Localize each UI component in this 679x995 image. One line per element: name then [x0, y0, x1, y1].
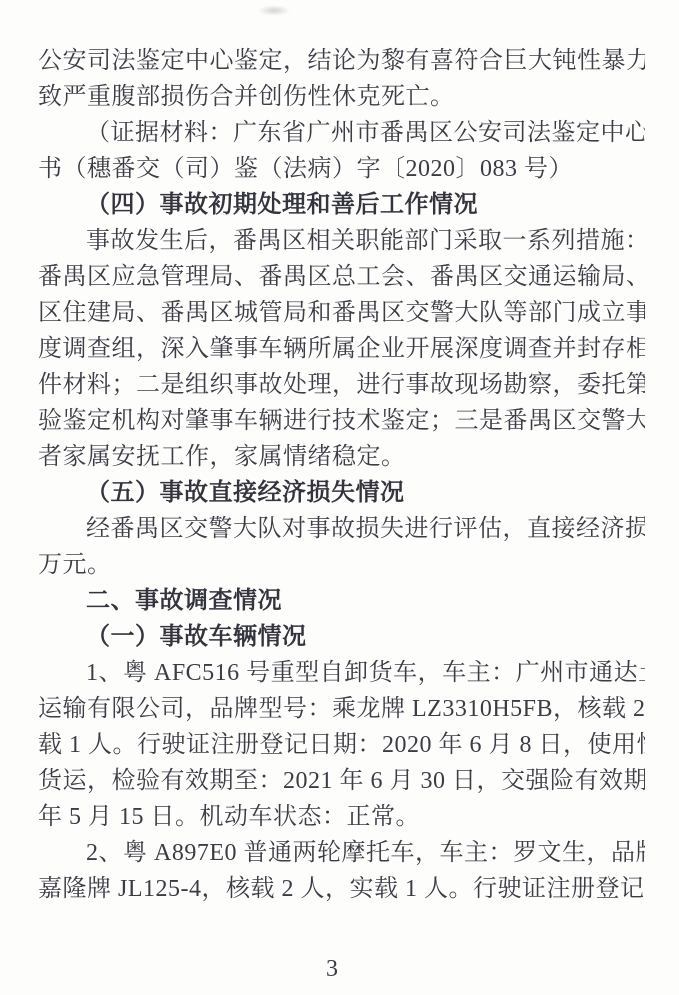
section-heading: （五）事故直接经济损失情况 — [38, 475, 645, 511]
text-line: 者家属安抚工作，家属情绪稳定。 — [38, 439, 645, 475]
text-line: 年 5 月 15 日。机动车状态：正常。 — [38, 799, 645, 835]
scan-smudge — [258, 5, 290, 16]
document-page: 公安司法鉴定中心鉴定，结论为黎有喜符合巨大钝性暴力作用 致严重腹部损伤合并创伤性… — [0, 0, 679, 995]
section-heading: （一）事故车辆情况 — [38, 619, 645, 655]
text-line: 运输有限公司，品牌型号：乘龙牌 LZ3310H5FB，核载 2 人，实 — [38, 691, 645, 727]
text-line: 万元。 — [38, 547, 645, 583]
text-line: 载 1 人。行驶证注册登记日期：2020 年 6 月 8 日，使用性质： — [38, 727, 645, 763]
page-number: 3 — [0, 953, 664, 985]
text-line: 验鉴定机构对肇事车辆进行技术鉴定；三是番禺区交警大队做好死 — [38, 403, 645, 439]
text-line: 公安司法鉴定中心鉴定，结论为黎有喜符合巨大钝性暴力作用 — [38, 43, 645, 79]
text-line: 致严重腹部损伤合并创伤性休克死亡。 — [38, 79, 645, 115]
text-line: 书（穗番交（司）鉴（法病）字〔2020〕083 号） — [38, 151, 645, 187]
text-line: 1、粤 AFC516 号重型自卸货车，车主：广州市通达土石方 — [38, 655, 645, 691]
text-line: 件材料；二是组织事故处理，进行事故现场勘察，委托第三方检 — [38, 367, 645, 403]
section-heading: （四）事故初期处理和善后工作情况 — [38, 187, 645, 223]
text-line: 番禺区应急管理局、番禺区总工会、番禺区交通运输局、番禺 — [38, 259, 645, 295]
text-line: 事故发生后，番禺区相关职能部门采取一系列措施：一是 — [38, 223, 645, 259]
text-line: 货运，检验有效期至：2021 年 6 月 30 日，交强险有效期至 2021 — [38, 763, 645, 799]
text-line: （证据材料：广东省广州市番禺区公安司法鉴定中心鉴定 — [38, 115, 645, 151]
text-line: 经番禺区交警大队对事故损失进行评估，直接经济损失 1 — [38, 511, 645, 547]
text-line: 度调查组，深入肇事车辆所属企业开展深度调查并封存相关证 — [38, 331, 645, 367]
section-heading: 二、事故调查情况 — [38, 583, 645, 619]
text-line: 区住建局、番禺区城管局和番禺区交警大队等部门成立事故深 — [38, 295, 645, 331]
text-line: 嘉隆牌 JL125-4，核载 2 人，实载 1 人。行驶证注册登记日期： — [38, 871, 645, 907]
document-body: 公安司法鉴定中心鉴定，结论为黎有喜符合巨大钝性暴力作用 致严重腹部损伤合并创伤性… — [38, 43, 645, 907]
text-line: 2、粤 A897E0 普通两轮摩托车，车主：罗文生，品牌型号： — [38, 835, 645, 871]
